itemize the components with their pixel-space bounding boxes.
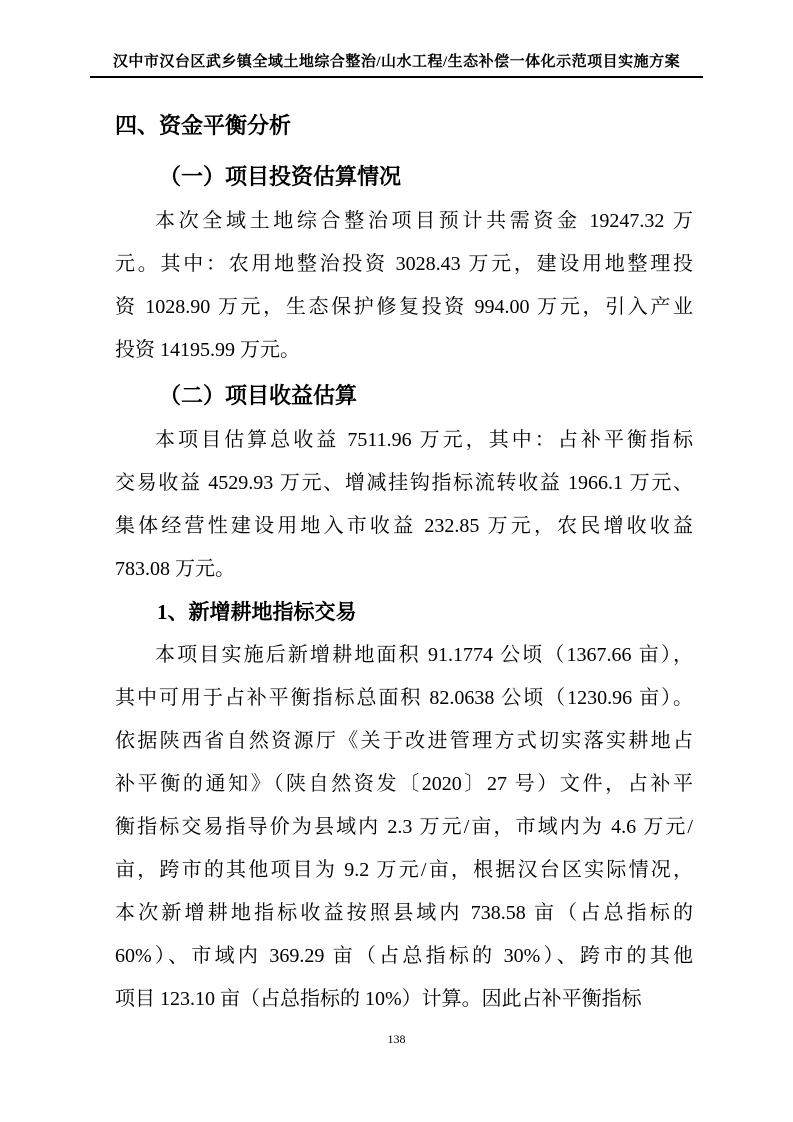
paragraph-line: 依据陕西省自然资源厅《关于改进管理方式切实落实耕地占 (115, 720, 693, 763)
paragraph-investment: 本次全域土地综合整治项目预计共需资金 19247.32 万 元。其中：农用地整治… (115, 200, 693, 372)
paragraph-line: 本次新增耕地指标收益按照县域内 738.58 亩（占总指标的 (115, 892, 693, 935)
paragraph-line: 衡指标交易指导价为县域内 2.3 万元/亩，市域内为 4.6 万元/ (115, 806, 693, 849)
paragraph-line: 元。其中：农用地整治投资 3028.43 万元，建设用地整理投 (115, 243, 693, 286)
document-header-title: 汉中市汉台区武乡镇全域土地综合整治/山水工程/生态补偿一体化示范项目实施方案 (90, 50, 703, 78)
document-page: 汉中市汉台区武乡镇全域土地综合整治/山水工程/生态补偿一体化示范项目实施方案 四… (0, 0, 793, 1122)
paragraph-line: 投资 14195.99 万元。 (115, 329, 693, 372)
paragraph-line: 783.08 万元。 (115, 548, 693, 591)
paragraph-line: 60%）、市域内 369.29 亩（占总指标的 30%）、跨市的其他 (115, 935, 693, 978)
paragraph-line: 其中可用于占补平衡指标总面积 82.0638 公顷（1230.96 亩）。 (115, 677, 693, 720)
subsection-heading-revenue-estimate: （二）项目收益估算 (115, 374, 693, 417)
section-heading-funding-balance: 四、资金平衡分析 (115, 104, 693, 147)
document-body: 四、资金平衡分析 （一）项目投资估算情况 本次全域土地综合整治项目预计共需资金 … (115, 104, 693, 1021)
paragraph-line: 项目 123.10 亩（占总指标的 10%）计算。因此占补平衡指标 (115, 978, 693, 1021)
page-number: 138 (0, 1032, 793, 1047)
paragraph-revenue: 本项目估算总收益 7511.96 万元，其中：占补平衡指标 交易收益 4529.… (115, 419, 693, 591)
paragraph-line: 集体经营性建设用地入市收益 232.85 万元，农民增收收益 (115, 505, 693, 548)
paragraph-line: 亩，跨市的其他项目为 9.2 万元/亩，根据汉台区实际情况， (115, 849, 693, 892)
subsection-heading-investment-estimate: （一）项目投资估算情况 (115, 155, 693, 198)
paragraph-line: 本项目实施后新增耕地面积 91.1774 公顷（1367.66 亩）， (115, 634, 693, 677)
paragraph-farmland-index: 本项目实施后新增耕地面积 91.1774 公顷（1367.66 亩）， 其中可用… (115, 634, 693, 1021)
paragraph-line: 资 1028.90 万元，生态保护修复投资 994.00 万元，引入产业 (115, 286, 693, 329)
paragraph-line: 交易收益 4529.93 万元、增减挂钩指标流转收益 1966.1 万元、 (115, 462, 693, 505)
paragraph-line: 本次全域土地综合整治项目预计共需资金 19247.32 万 (115, 200, 693, 243)
subsubsection-heading-new-farmland-index-trade: 1、新增耕地指标交易 (115, 591, 693, 634)
paragraph-line: 补平衡的通知》（陕自然资发〔2020〕27 号）文件，占补平 (115, 763, 693, 806)
paragraph-line: 本项目估算总收益 7511.96 万元，其中：占补平衡指标 (115, 419, 693, 462)
